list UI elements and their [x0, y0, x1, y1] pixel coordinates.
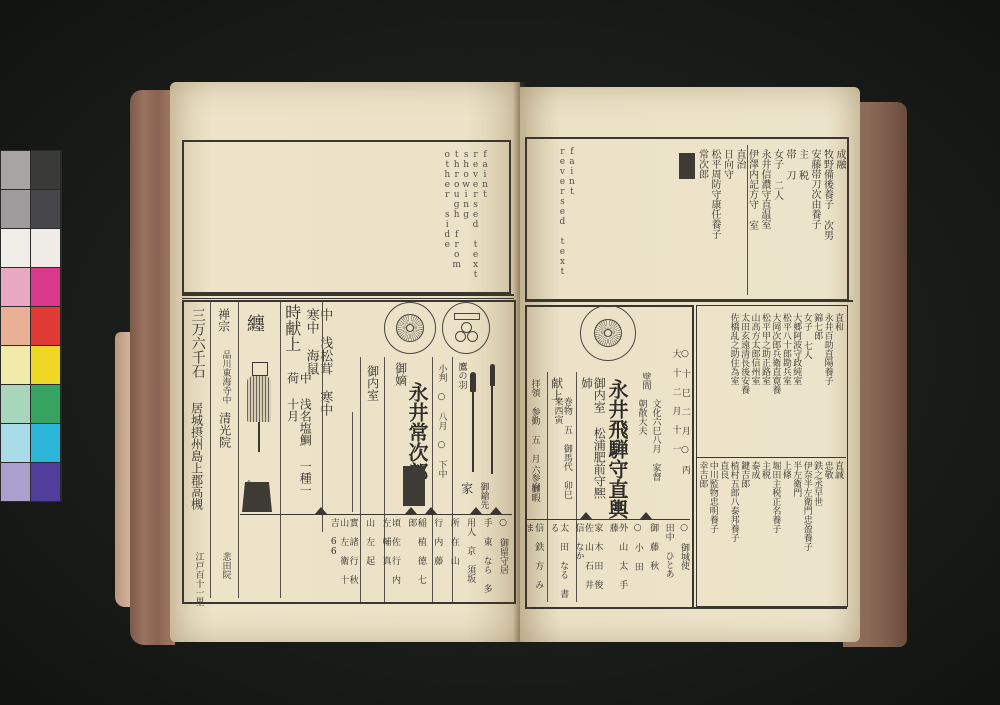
insignia-label: 纏 [244, 314, 263, 332]
right-page: faint reversed text 成融牧野備後養子 次男安藤帯刀次由養子主… [520, 87, 860, 642]
left-page: faint reversed text showing through from… [170, 82, 520, 642]
lord-wife: 御内室 松浦肥前守熈姉 [580, 377, 605, 507]
text-column: 常次郎 [696, 149, 707, 294]
text-column: 主税 [760, 461, 769, 591]
tribute-month: 六 御暇 [529, 465, 538, 502]
family-lower-columns: 直誠忠敬鉄之丞早世伊奈半左衛門忠盈養子半左衛門上條堀田主税正名養子主税泰成鍵吉郎… [700, 461, 842, 591]
text-column: 松平周防守康任養子 [709, 149, 720, 294]
sect: 禅宗 [217, 308, 230, 348]
text-column: 帯 刀 [784, 149, 795, 294]
color-calibration-chart [0, 150, 62, 502]
right-bottom-register: ○ 御城使田中 ひとあ御 藤 秋○ 小 田外 山 太 手 藤家 木 田 俊 佐 … [528, 523, 688, 603]
text-column: 山 左 起 [364, 518, 373, 598]
chrysanthemum-crest-icon [384, 302, 436, 354]
text-column: 鉄之丞早世 [812, 461, 821, 591]
castle-residence: 居城摂州島上郡高槻 [190, 402, 203, 542]
color-patch [31, 424, 60, 462]
text-column: 安藤帯刀次由養子 [809, 149, 820, 294]
color-patch [1, 307, 30, 345]
text-column: 半左衛門 [791, 461, 800, 591]
color-patch [1, 424, 30, 462]
text-column: 田中 ひとあ [663, 523, 672, 603]
text-column: 行 内 藤 [432, 518, 441, 598]
text-column: 直良 [718, 461, 727, 591]
gift-item-1: 中 浅名塩鯛 一種一荷 十月 [286, 372, 311, 502]
text-column: 實 諸 行 秋 山 左 衛 十 吉 66 [328, 518, 356, 598]
text-column: 伊奈半左衛門忠盈養子 [801, 461, 810, 591]
lord-name: 永井飛騨守直輿 [606, 379, 627, 519]
text-column: 外 山 太 手 藤 [607, 523, 626, 603]
right-top-panel: faint reversed text 成融牧野備後養子 次男安藤帯刀次由養子主… [525, 137, 849, 301]
temple-name: 清光院 [218, 412, 231, 462]
text-column: 松平甲之助正路室 [760, 313, 769, 443]
text-column: 信 鉄 方 み ま [523, 523, 542, 603]
text-column: 伊澤内記方守 室 [746, 149, 757, 294]
text-column: 鍵吉郎 [739, 461, 748, 591]
text-column: 御 藤 秋 [648, 523, 657, 603]
text-column: 女子 七人 [801, 313, 810, 443]
bleedthrough-text: faint reversed text [557, 147, 576, 277]
text-column: 直治 [734, 149, 745, 294]
color-patch [31, 346, 60, 384]
family-upper-columns: 直和永井百助直陽養子錦七郎女子 七人大郷阿波守政純室松平八十郎勘兵室大岡次郎兵衛… [700, 313, 842, 443]
chrysanthemum-crest-icon [580, 305, 636, 361]
text-column: 家 木 田 俊 佐 山 石 井 信 なか [573, 523, 601, 603]
text-column: 頃 佐 行 内 左 輔 真 [380, 518, 399, 598]
text-column: 大郷阿波守政純室 [791, 313, 800, 443]
text-column: 成融 [834, 149, 845, 294]
text-column: 主 税 [796, 149, 807, 294]
color-patch [31, 385, 60, 423]
text-column: 永井百助直陽養子 [822, 313, 831, 443]
lord-rank: 朝散大夫 [636, 399, 645, 435]
text-column: 植村五郎八泰邦養子 [728, 461, 737, 591]
lord-title-label: 壁間 [640, 372, 649, 390]
text-column: ○ 御城使 [679, 523, 688, 603]
color-patch [1, 463, 30, 501]
wife-label: 御内室 [366, 365, 379, 425]
tassel-standard-icon [246, 362, 272, 472]
text-column: 山高方太郎信州室 [749, 313, 758, 443]
text-column: 佐橋乱之助住為室 [728, 313, 737, 443]
color-patch [1, 151, 30, 189]
left-page-stack-edge [130, 90, 175, 645]
spear-note: 御鎗先 [478, 482, 487, 509]
text-column: 泰成 [749, 461, 758, 591]
text-column: 稲 植 徳 七 郎 [406, 518, 425, 598]
text-column: 上條 [780, 461, 789, 591]
family-temple: 悲田院 [220, 552, 229, 602]
spear-icon [490, 364, 495, 474]
ink-block [679, 153, 695, 179]
text-column: 太 田 なる 書 る [548, 523, 567, 603]
color-patch [1, 385, 30, 423]
text-column: ○ 御留守居 [498, 518, 507, 598]
text-column: 女子 二人 [771, 149, 782, 294]
right-top-columns: 成融牧野備後養子 次男安藤帯刀次由養子主 税帯 刀女子 二人永井信濃守直温室伊澤… [699, 149, 844, 294]
ichimonji-three-circles-crest-icon [442, 302, 490, 354]
temple-location: 品川東海寺中 [220, 350, 229, 410]
text-column: 牧野備後養子 次男 [821, 149, 832, 294]
text-column: 手 東 なら 多 [481, 518, 490, 598]
bleedthrough-text: faint reversed text showing through from… [442, 150, 489, 280]
jiken-title: 時献上 [283, 304, 300, 352]
note-ship: 鷹の羽 [456, 362, 465, 389]
text-column: 直和 [833, 313, 842, 443]
open-book: faint reversed text showing through from… [115, 82, 910, 642]
succession-date: 文化六巳八月 家督 [650, 399, 659, 509]
text-column: 松平八十郎勘兵室 [780, 313, 789, 443]
text-column: 中川監物忠明養子 [707, 461, 716, 591]
color-patch [31, 151, 60, 189]
text-column: 幸吉郎 [697, 461, 706, 591]
text-column: 大岡次郎兵衛直寛養 [770, 313, 779, 443]
color-patch [31, 307, 60, 345]
color-patch [1, 190, 30, 228]
tribute-items: 巻物 五 御馬代 卯巳 来西寅 [552, 397, 571, 507]
lord-note: ○ 十 巳 二 月 ○ 丙 大 十 二 月 十 一 [670, 349, 689, 489]
text-column: 忠敬 [822, 461, 831, 591]
text-column: 所 在 山 [448, 518, 457, 598]
left-bottom-register: ○ 御留守居手 東 なら 多用人 京 須坂所 在 山行 内 藤稲 植 徳 七 郎… [245, 518, 507, 598]
text-column: 堀田主税正名養子 [770, 461, 779, 591]
text-column: 用人 京 須坂 [465, 518, 474, 598]
spear-icon [470, 372, 476, 472]
text-column: 日向守 [721, 149, 732, 294]
left-top-panel: faint reversed text showing through from… [182, 140, 511, 294]
ink-block [403, 466, 425, 506]
spear-mark: 家 [460, 482, 473, 494]
text-column: ○ 小 田 [632, 523, 641, 603]
color-patch [31, 268, 60, 306]
color-patch [1, 268, 30, 306]
text-column: 太田玄遠清長後安養 [739, 313, 748, 443]
color-patch [31, 463, 60, 501]
standard-base-icon [242, 482, 272, 512]
text-column: 錦七郎 [812, 313, 821, 443]
note-small: 小判 ○ 八月 ○ 下中 [436, 364, 445, 514]
color-patch [31, 190, 60, 228]
color-patch [1, 229, 30, 267]
text-column: 永井信濃守直温室 [759, 149, 770, 294]
text-column: 直誠 [833, 461, 842, 591]
color-patch [1, 346, 30, 384]
color-patch [31, 229, 60, 267]
